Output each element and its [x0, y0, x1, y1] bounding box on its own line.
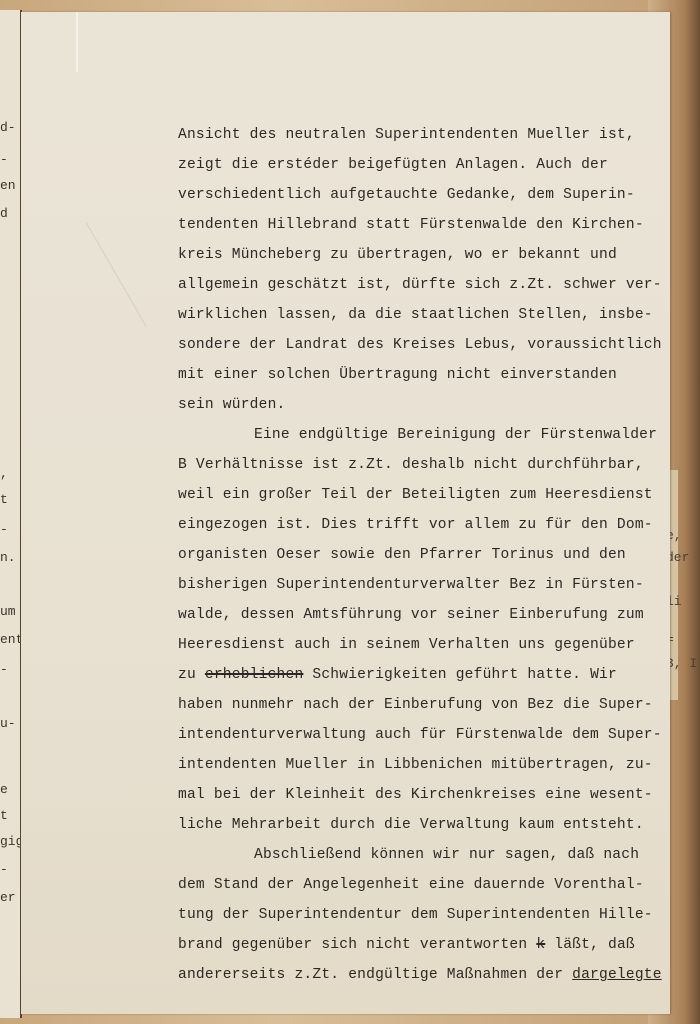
text-line: haben nunmehr nach der Einberufung von B…	[178, 690, 668, 720]
text-line: kreis Müncheberg zu übertragen, wo er be…	[178, 240, 668, 270]
text-line: dem Stand der Angelegenheit eine dauernd…	[178, 870, 668, 900]
text-line: bisherigen Superintendenturverwalter Bez…	[178, 570, 668, 600]
text-line: mit einer solchen Übertragung nicht einv…	[178, 360, 668, 390]
text-line: tendenten Hillebrand statt Fürstenwalde …	[178, 210, 668, 240]
text-line: Heeresdienst auch in seinem Verhalten un…	[178, 630, 668, 660]
previous-page-text-fragment: gig	[0, 834, 22, 849]
text-line: zu erheblichen Schwierigkeiten geführt h…	[178, 660, 668, 690]
text-line: sein würden.	[178, 390, 668, 420]
line-text: brand gegenüber sich nicht verantworten	[178, 937, 536, 953]
previous-page-text-fragment: t	[0, 808, 8, 823]
paper-crease	[76, 12, 78, 72]
document-page: Ansicht des neutralen Superintendenten M…	[21, 12, 670, 1014]
previous-page-text-fragment: n.	[0, 550, 16, 565]
previous-page-text-fragment: -	[0, 152, 8, 167]
previous-page-text-fragment: ent	[0, 632, 22, 647]
previous-page-edge: d--end,t-n.ument-u-etgig-er	[0, 10, 22, 1018]
previous-page-text-fragment: ,	[0, 466, 8, 481]
struck-out-word: k	[536, 937, 545, 953]
text-line: andererseits z.Zt. endgültige Maßnahmen …	[178, 960, 668, 990]
text-line: mal bei der Kleinheit des Kirchenkreises…	[178, 780, 668, 810]
line-text: zu	[178, 667, 205, 683]
previous-page-text-fragment: -	[0, 862, 8, 877]
previous-page-text-fragment: t	[0, 492, 8, 507]
text-line: tung der Superintendentur dem Superinten…	[178, 900, 668, 930]
text-line: intendenturverwaltung auch für Fürstenwa…	[178, 720, 668, 750]
text-line: weil ein großer Teil der Beteiligten zum…	[178, 480, 668, 510]
previous-page-text-fragment: -	[0, 662, 8, 677]
previous-page-text-fragment: er	[0, 890, 16, 905]
text-line: B Verhältnisse ist z.Zt. deshalb nicht d…	[178, 450, 668, 480]
text-line: brand gegenüber sich nicht verantworten …	[178, 930, 668, 960]
underlined-word: dargelegte	[572, 967, 662, 983]
text-line: liche Mehrarbeit durch die Verwaltung ka…	[178, 810, 668, 840]
previous-page-text-fragment: d	[0, 206, 8, 221]
previous-page-text-fragment: d-	[0, 120, 16, 135]
previous-page-text-fragment: en	[0, 178, 16, 193]
previous-page-text-fragment: e	[0, 782, 8, 797]
text-line: walde, dessen Amtsführung vor seiner Ein…	[178, 600, 668, 630]
text-line: wirklichen lassen, da die staatlichen St…	[178, 300, 668, 330]
text-line: allgemein geschätzt ist, dürfte sich z.Z…	[178, 270, 668, 300]
text-line: organisten Oeser sowie den Pfarrer Torin…	[178, 540, 668, 570]
typewritten-body: Ansicht des neutralen Superintendenten M…	[178, 120, 668, 990]
text-line: eingezogen ist. Dies trifft vor allem zu…	[178, 510, 668, 540]
next-page-text-fragment: 3, I	[666, 656, 697, 671]
text-line: sondere der Landrat des Kreises Lebus, v…	[178, 330, 668, 360]
line-text: andererseits z.Zt. endgültige Maßnahmen …	[178, 967, 572, 983]
previous-page-text-fragment: u-	[0, 716, 16, 731]
line-text: läßt, daß	[545, 937, 635, 953]
text-line: verschiedentlich aufgetauchte Gedanke, d…	[178, 180, 668, 210]
previous-page-text-fragment: um	[0, 604, 16, 619]
text-line: Ansicht des neutralen Superintendenten M…	[178, 120, 668, 150]
text-line: Eine endgültige Bereinigung der Fürstenw…	[178, 420, 668, 450]
text-line: zeigt die erstéder beigefügten Anlagen. …	[178, 150, 668, 180]
text-line: Abschließend können wir nur sagen, daß n…	[178, 840, 668, 870]
previous-page-text-fragment: -	[0, 522, 8, 537]
struck-out-word: erheblichen	[205, 667, 304, 683]
text-line: intendenten Mueller in Libbenichen mitüb…	[178, 750, 668, 780]
line-text: Schwierigkeiten geführt hatte. Wir	[303, 667, 617, 683]
